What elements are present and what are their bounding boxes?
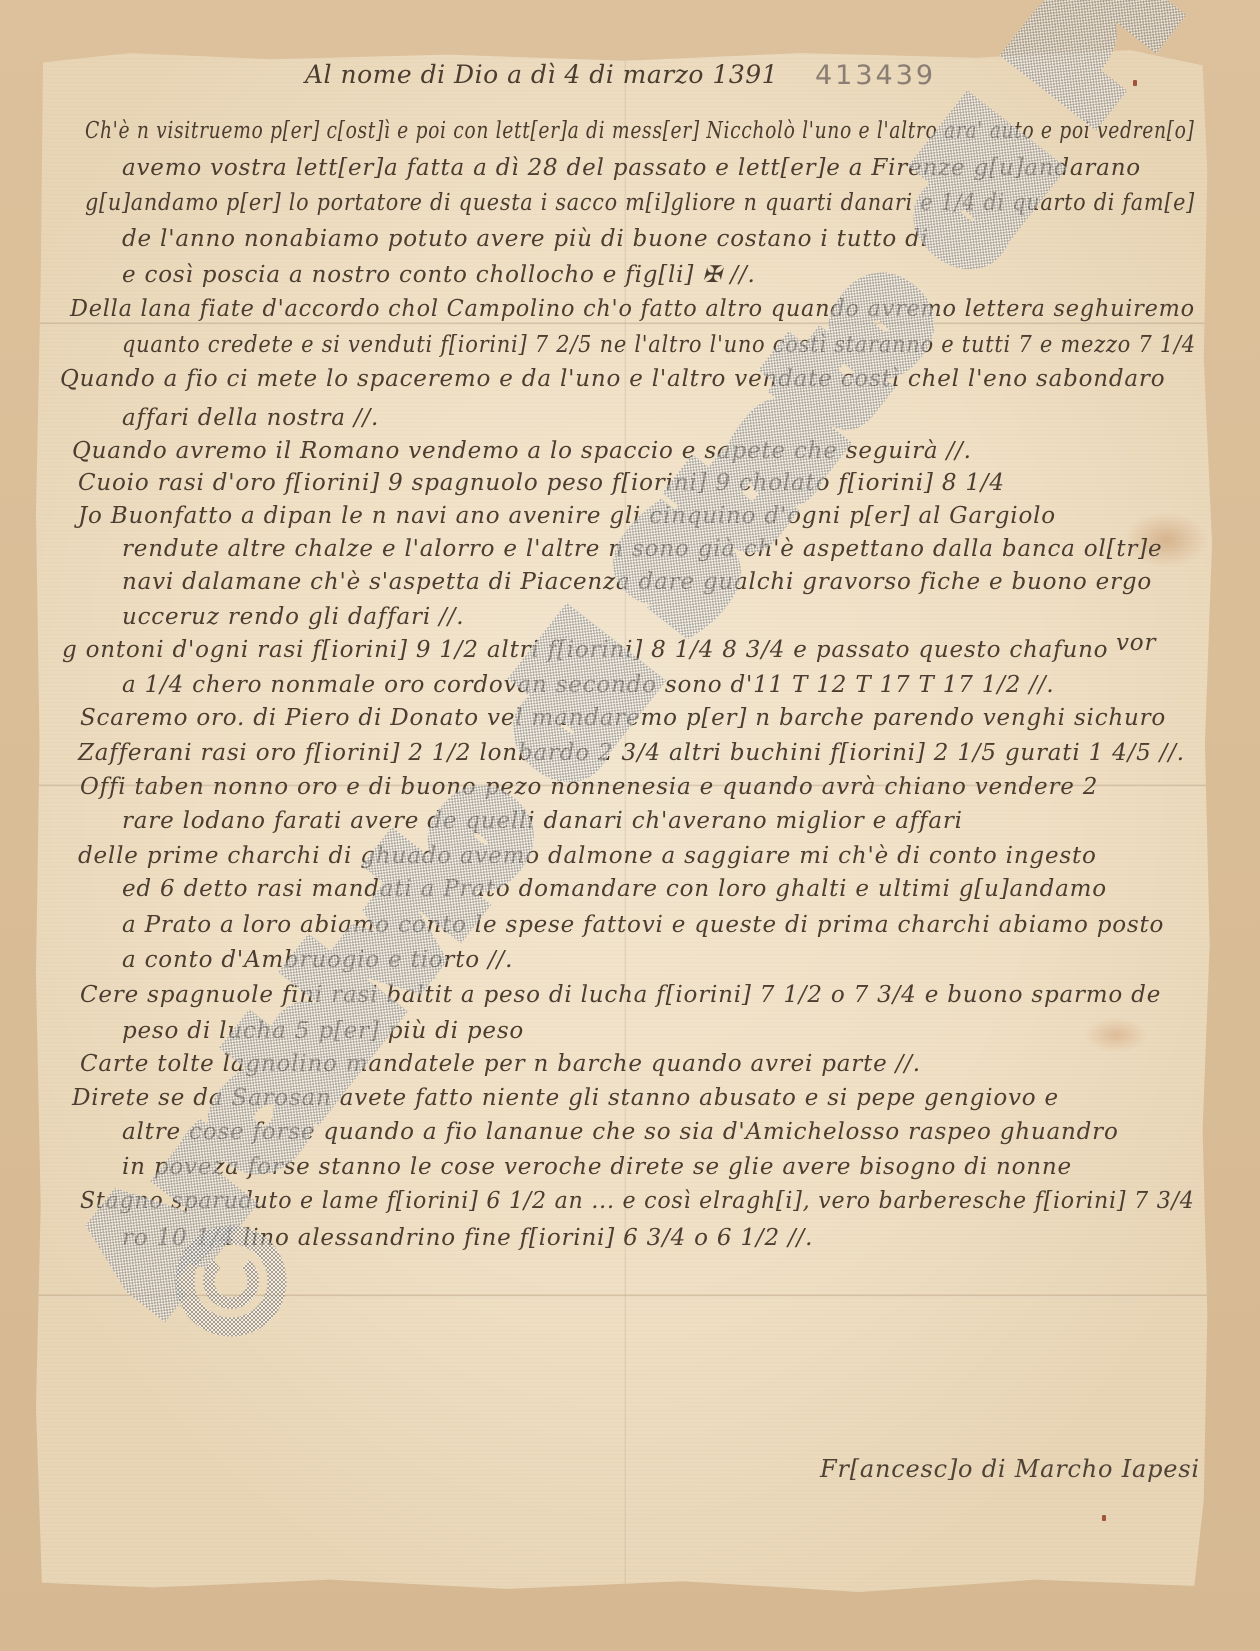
- text-line: Cere spagnuole fini rasi baltit a peso d…: [80, 982, 1161, 1008]
- text-line: Zafferani rasi oro f[iorini] 2 1/2 lonba…: [78, 740, 1185, 766]
- text-line: ucceruz rendo gli daffari //.: [122, 604, 464, 630]
- text-line: avemo vostra lett[er]a fatta a dì 28 del…: [122, 155, 1141, 181]
- text-line: e così poscia a nostro conto chollocho e…: [122, 262, 756, 288]
- text-line: a conto d'Ambruogio e tiorto //.: [122, 947, 513, 973]
- text-line: Direte se da Sarosan avete fatto niente …: [72, 1085, 1059, 1111]
- ink-speck: [1102, 1515, 1106, 1521]
- text-line: Quando avremo il Romano vendemo a lo spa…: [72, 438, 972, 464]
- text-line: Ch'è n visitruemo p[er] c[ost]ì e poi co…: [85, 118, 1195, 144]
- text-line: g ontoni d'ogni rasi f[iorini] 9 1/2 alt…: [62, 637, 1108, 663]
- text-line: altre cose forse quando a fio lananue ch…: [122, 1119, 1119, 1145]
- text-line: a 1/4 chero nonmale oro cordovan secondo…: [122, 672, 1055, 698]
- text-line: quanto credete e si venduti f[iorini] 7 …: [122, 332, 1196, 358]
- signature: Fr[ancesc]o di Marcho Iapesi: [820, 1455, 1200, 1483]
- text-line: rare lodano farati avere de quelli danar…: [122, 808, 963, 834]
- letter-heading: Al nome di Dio a dì 4 di marzo 1391: [305, 60, 778, 89]
- text-line: in poveza forse stanno le cose veroche d…: [122, 1154, 1072, 1180]
- text-line: peso di lucha 5 p[er] più di peso: [122, 1018, 524, 1044]
- text-line: Stagno sparuduto e lame f[iorini] 6 1/2 …: [80, 1188, 1195, 1214]
- text-line: vor: [1116, 630, 1156, 656]
- text-line: Cuoio rasi d'oro f[iorini] 9 spagnuolo p…: [78, 470, 1005, 496]
- text-line: Scaremo oro. di Piero di Donato vel mand…: [80, 705, 1166, 731]
- text-line: Carte tolte lagnolino mandatele per n ba…: [80, 1051, 921, 1077]
- ink-speck: [1133, 80, 1137, 86]
- text-line: Jo Buonfatto a dipan le n navi ano aveni…: [78, 503, 1056, 529]
- text-line: de l'anno nonabiamo potuto avere più di …: [122, 226, 929, 252]
- text-line: Offi taben nonno oro e di buono pezo non…: [80, 774, 1098, 800]
- text-line: navi dalamane ch'è s'aspetta di Piacenza…: [122, 569, 1152, 595]
- text-line: Quando a fio ci mete lo spaceremo e da l…: [60, 366, 1165, 392]
- text-line: a Prato a loro abiamo conto le spese fat…: [122, 912, 1164, 938]
- text-line: rendute altre chalze e l'alorro e l'altr…: [122, 536, 1162, 562]
- copyright-c-glyph: [203, 1253, 259, 1309]
- archive-number: 413439: [815, 60, 936, 91]
- text-line: affari della nostra //.: [122, 405, 379, 431]
- text-line: ed 6 detto rasi mandati a Prato domandar…: [122, 876, 1107, 902]
- text-line: g[u]andamo p[er] lo portatore di questa …: [85, 190, 1195, 216]
- text-line: delle prime charchi di ghuado avemo dalm…: [78, 843, 1097, 869]
- text-line: Della lana fiate d'accordo chol Campolin…: [70, 296, 1195, 322]
